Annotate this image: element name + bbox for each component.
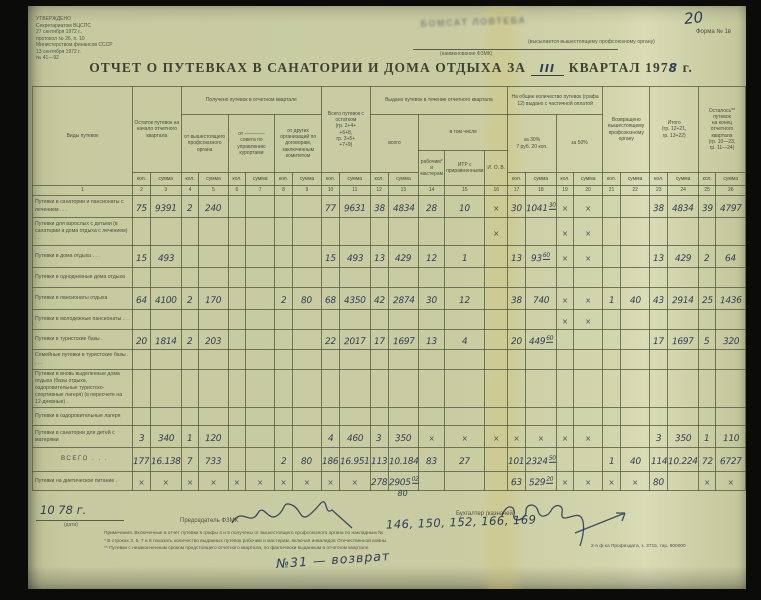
cell-col-25: 25 <box>698 288 715 310</box>
column-number: 8 <box>275 186 293 196</box>
cell-col-17: 13 <box>508 246 526 268</box>
cross-mark: × <box>352 478 358 487</box>
cross-mark: × <box>257 478 263 487</box>
cell-col-21 <box>603 196 621 218</box>
cross-mark: × <box>562 317 568 326</box>
column-number: 23 <box>650 186 668 196</box>
handwritten-value: 177 <box>133 456 149 466</box>
cell-col-2: 64 <box>133 288 151 310</box>
cell-col-3 <box>150 350 181 370</box>
cell-col-10: 186 <box>322 448 340 472</box>
cell-col-10 <box>322 218 340 246</box>
cell-col-3 <box>150 268 181 288</box>
cell-col-21 <box>603 246 621 268</box>
column-number: 24 <box>668 186 699 196</box>
cell-col-8 <box>275 218 293 246</box>
handwritten-value: 3 <box>139 434 145 444</box>
cell-col-17 <box>508 350 526 370</box>
cell-col-9: × <box>292 472 321 491</box>
column-number: 7 <box>246 186 275 196</box>
cell-col-25 <box>698 218 715 246</box>
cell-col-10: × <box>322 472 340 491</box>
cell-col-19 <box>556 350 573 370</box>
cell-col-5 <box>199 268 228 288</box>
cell-col-8 <box>275 426 293 448</box>
cell-col-7: × <box>246 472 275 491</box>
cell-col-11 <box>339 408 370 426</box>
cell-col-20: × <box>574 196 603 218</box>
cell-col-3 <box>150 310 181 330</box>
cell-col-12 <box>370 408 388 426</box>
cell-col-13: 429 <box>388 246 419 268</box>
cell-col-14 <box>419 310 445 330</box>
table-row: Путевки в однодневные дома отдыха <box>33 268 746 288</box>
header-itr: ИТР с приравненными <box>445 151 485 186</box>
cell-col-24 <box>668 268 699 288</box>
cell-col-22 <box>620 330 649 350</box>
cell-col-19 <box>556 448 573 472</box>
header-chastichnaya-oplata: На общее количество путевок (графа 12) в… <box>508 87 603 115</box>
cell-col-7 <box>246 370 275 408</box>
cell-col-18: 232450 <box>526 448 557 472</box>
cell-col-17: 63 <box>508 472 526 491</box>
cell-col-16 <box>485 330 508 350</box>
handwritten-value: 17 <box>653 336 664 346</box>
cross-mark: × <box>493 434 499 443</box>
cell-col-15 <box>445 472 485 491</box>
cell-col-23 <box>650 268 668 288</box>
handwritten-value: 13 <box>511 253 522 263</box>
header-ot-vyshestoyashchego: от вышестоящего профсоюзного органа <box>181 115 228 173</box>
handwritten-value: 170 <box>205 295 221 305</box>
unit-kol: кол. <box>228 173 246 186</box>
cell-col-11: 460 <box>339 426 370 448</box>
cell-col-14: × <box>419 426 445 448</box>
cell-col-8 <box>275 268 293 288</box>
cell-col-5 <box>199 246 228 268</box>
cell-col-8 <box>275 196 293 218</box>
cell-col-20: × <box>574 246 603 268</box>
cell-col-14 <box>419 472 445 491</box>
cell-col-20 <box>574 408 603 426</box>
cell-col-12: 17 <box>370 330 388 350</box>
cell-col-17: 38 <box>508 288 526 310</box>
cell-col-26 <box>716 218 746 246</box>
report-table: Виды путевок Остаток путевок на начало о… <box>32 86 746 491</box>
handwritten-value: 290502 <box>388 476 418 489</box>
cell-col-21 <box>603 408 621 426</box>
title-text-middle: КВАРТАЛ 197 <box>569 60 669 75</box>
cell-col-3 <box>150 218 181 246</box>
handwritten-value: 9360 <box>531 251 550 263</box>
cell-col-3: 4100 <box>150 288 181 310</box>
cell-col-26 <box>716 408 746 426</box>
cell-col-14 <box>419 268 445 288</box>
correction-note: 80 <box>397 489 407 498</box>
handwritten-value: 460 <box>347 433 363 443</box>
cell-col-11: 16.951 <box>339 448 370 472</box>
unit-summa: сумма <box>339 173 370 186</box>
cell-col-23: 43 <box>650 288 668 310</box>
cell-col-4 <box>181 218 199 246</box>
cell-col-18 <box>526 350 557 370</box>
cell-col-22 <box>620 310 649 330</box>
handwritten-value: 1 <box>462 253 468 263</box>
handwritten-value: 38 <box>653 203 664 213</box>
page-number: 20 <box>683 8 704 28</box>
cell-col-10 <box>322 350 340 370</box>
handwritten-value: 7 <box>187 457 193 467</box>
cell-col-16 <box>485 370 508 408</box>
column-number: 5 <box>199 186 228 196</box>
header-za-30: за 30% 7 руб. 20 коп. <box>508 115 557 173</box>
cell-col-15: 12 <box>445 288 485 310</box>
header-iov: И. О. В. <box>485 151 508 186</box>
handwritten-value: 20 <box>136 336 147 346</box>
cell-col-16 <box>485 472 508 491</box>
unit-kol: кол. <box>698 173 715 186</box>
cell-col-11: 9631 <box>339 196 370 218</box>
cell-col-5: 733 <box>199 448 228 472</box>
cross-mark: × <box>538 434 544 443</box>
cell-col-19: × <box>556 196 573 218</box>
cell-col-2 <box>133 268 151 288</box>
cell-col-25 <box>698 350 715 370</box>
cell-col-20 <box>574 350 603 370</box>
cell-col-3: 493 <box>150 246 181 268</box>
cell-col-21: 1 <box>603 288 621 310</box>
handwritten-value: 10 <box>459 203 470 213</box>
handwritten-arrow <box>571 506 633 541</box>
table-row: Путевки в санатории для детей с матерями… <box>33 426 746 448</box>
cell-col-9 <box>292 196 321 218</box>
cell-col-9 <box>292 330 321 350</box>
cell-col-9 <box>292 350 321 370</box>
footnote-primechaniya: Примечания. Включенные в отчет путевки в… <box>104 530 536 538</box>
table-header: Виды путевок Остаток путевок на начало о… <box>33 87 746 196</box>
form-number: Форма № 1в <box>696 29 731 35</box>
cell-col-20 <box>574 370 603 408</box>
cell-col-22: 40 <box>620 288 649 310</box>
handwritten-value: 13 <box>426 336 437 346</box>
handwritten-value: 104130 <box>526 201 556 214</box>
cross-mark: × <box>562 478 568 487</box>
handwritten-value: 2914 <box>672 295 694 305</box>
column-number: 1 <box>33 186 133 196</box>
cell-col-23 <box>650 218 668 246</box>
cell-col-14: 13 <box>419 330 445 350</box>
cell-col-20 <box>574 448 603 472</box>
cell-col-15 <box>445 350 485 370</box>
header-rabochim: рабочим* и мастерам <box>419 151 445 186</box>
cell-col-21 <box>603 350 621 370</box>
header-ot-soveta: от ———— совета по управлению курортами <box>228 115 275 173</box>
cell-col-19: × <box>556 426 573 448</box>
handwritten-value: 27 <box>459 456 470 466</box>
cell-col-21 <box>603 426 621 448</box>
handwritten-value: 28 <box>426 203 437 213</box>
handwritten-value: 232450 <box>526 454 556 467</box>
handwritten-value: 75 <box>136 203 147 213</box>
cell-col-5 <box>199 350 228 370</box>
cell-col-26: 320 <box>716 330 746 350</box>
cell-col-24 <box>668 370 699 408</box>
handwritten-value: 203 <box>205 336 221 346</box>
handwritten-value: 2 <box>281 295 287 305</box>
cell-col-4 <box>181 370 199 408</box>
cell-col-3: 9391 <box>150 196 181 218</box>
cell-col-25: 39 <box>698 196 715 218</box>
handwritten-value: 1 <box>704 434 710 444</box>
cell-col-13 <box>388 408 419 426</box>
cell-col-26: 64 <box>716 246 746 268</box>
unit-kol: кол. <box>322 173 340 186</box>
footnote-star: * В строках 3, 5, 7 и 8 показать количес… <box>104 538 536 546</box>
handwritten-value: 240 <box>205 203 221 213</box>
cell-col-24: 429 <box>668 246 699 268</box>
table-row: Путевки в пансионаты отдыха6441002170280… <box>33 288 746 310</box>
table-row: Путевки в оздоровительные лагеря <box>33 408 746 426</box>
cell-col-19: × <box>556 472 573 491</box>
cell-col-20: × <box>574 288 603 310</box>
handwritten-value: 4350 <box>344 295 366 305</box>
handwritten-value: 80 <box>301 295 312 305</box>
cell-col-6 <box>228 370 246 408</box>
cell-col-26: 1436 <box>716 288 746 310</box>
cell-col-7 <box>246 350 275 370</box>
cell-col-16 <box>485 408 508 426</box>
title-text-after: г. <box>683 60 693 75</box>
cell-col-11 <box>339 268 370 288</box>
cell-col-18: 44960 <box>526 330 557 350</box>
cell-col-9 <box>292 268 321 288</box>
cell-col-10: 77 <box>322 196 340 218</box>
handwritten-value: 64 <box>136 295 147 305</box>
cell-col-15 <box>445 408 485 426</box>
cell-col-23: 3 <box>650 426 668 448</box>
cell-col-16 <box>485 288 508 310</box>
unit-kol: кол. <box>650 173 668 186</box>
row-label: Путевки в туристские базы . <box>33 330 133 350</box>
cell-col-17 <box>508 218 526 246</box>
cell-col-4 <box>181 246 199 268</box>
cell-col-4 <box>181 268 199 288</box>
table-row: Путевки на диетическое питание .××××××××… <box>33 472 746 491</box>
cell-col-14: 83 <box>419 448 445 472</box>
cell-col-16 <box>485 448 508 472</box>
cell-col-19 <box>556 408 573 426</box>
cell-col-21: 1 <box>603 448 621 472</box>
handwritten-value: 110 <box>722 433 738 443</box>
handwritten-value: 429 <box>675 253 691 263</box>
footnotes-block: Примечания. Включенные в отчет путевки в… <box>104 530 536 553</box>
cell-col-3: × <box>150 472 181 491</box>
cell-col-25: 2 <box>698 246 715 268</box>
cell-col-6 <box>228 196 246 218</box>
cell-col-14: 12 <box>419 246 445 268</box>
cell-col-19: × <box>556 310 573 330</box>
cell-col-9 <box>292 218 321 246</box>
cell-col-7 <box>246 330 275 350</box>
cell-col-7 <box>246 408 275 426</box>
cell-col-24: 4834 <box>668 196 699 218</box>
cell-col-23 <box>650 310 668 330</box>
cell-col-5 <box>199 408 228 426</box>
handwritten-value: 740 <box>533 295 549 305</box>
cell-col-10 <box>322 408 340 426</box>
cross-mark: × <box>728 478 734 487</box>
column-number: 2 <box>133 186 151 196</box>
cell-col-5: 203 <box>199 330 228 350</box>
cross-mark: × <box>562 204 568 213</box>
table-row: Путевки в вновь выделенные дома отдыха (… <box>33 370 746 408</box>
cell-col-14: 28 <box>419 196 445 218</box>
column-number: 10 <box>322 186 340 196</box>
handwritten-value: 52920 <box>529 476 554 488</box>
cell-col-22 <box>620 370 649 408</box>
handwritten-value: 43 <box>653 295 664 305</box>
row-label: Путевки в однодневные дома отдыха <box>33 268 133 288</box>
cell-col-14 <box>419 370 445 408</box>
cell-col-13: 4834 <box>388 196 419 218</box>
cell-col-8: 2 <box>275 448 293 472</box>
cell-col-18 <box>526 310 557 330</box>
cell-col-21 <box>603 370 621 408</box>
cell-col-4: × <box>181 472 199 491</box>
cross-mark: × <box>562 434 568 443</box>
handwritten-value: 10.184 <box>389 456 419 467</box>
row-label: Путевки в молодежные пансионаты . . . <box>33 310 133 330</box>
cross-mark: × <box>562 296 568 305</box>
cell-col-11: 2017 <box>339 330 370 350</box>
handwritten-value: 1436 <box>720 295 742 305</box>
cell-col-15: 27 <box>445 448 485 472</box>
cell-col-25 <box>698 310 715 330</box>
row-label: Путевки для взрослых с детьми (в санатор… <box>33 218 133 246</box>
cell-col-15: 4 <box>445 330 485 350</box>
cross-mark: × <box>585 296 591 305</box>
column-number: 15 <box>445 186 485 196</box>
handwritten-value: 2 <box>187 203 193 213</box>
cell-col-9: 80 <box>292 448 321 472</box>
handwritten-value: 16.138 <box>151 456 181 467</box>
header-vydano-vsego: всего <box>370 115 419 173</box>
cell-col-5: 240 <box>199 196 228 218</box>
column-number: 25 <box>698 186 715 196</box>
handwritten-value: 38 <box>374 203 385 213</box>
cell-col-2 <box>133 370 151 408</box>
cell-col-26: 4797 <box>716 196 746 218</box>
cell-col-9 <box>292 246 321 268</box>
cell-col-22: × <box>620 472 649 491</box>
cell-col-17: 20 <box>508 330 526 350</box>
handwritten-value: 15 <box>136 253 147 263</box>
cell-col-8 <box>275 350 293 370</box>
cell-col-26 <box>716 370 746 408</box>
cell-col-25: × <box>698 472 715 491</box>
table-row: Путевки для взрослых с детьми (в санатор… <box>33 218 746 246</box>
cell-col-9 <box>292 370 321 408</box>
handwritten-value: 320 <box>722 336 738 346</box>
handwritten-value: 42 <box>374 295 385 305</box>
header-itogo: Итого (гр. 12+21, гр. 13+22) <box>650 87 699 173</box>
cell-col-26 <box>716 350 746 370</box>
cell-col-16 <box>485 310 508 330</box>
form-note: (высылается вышестоящему профсоюзному ор… <box>528 39 655 45</box>
column-number: 21 <box>603 186 621 196</box>
handwritten-value: 13 <box>653 253 664 263</box>
cell-col-22 <box>620 426 649 448</box>
unit-summa: сумма <box>150 173 181 186</box>
cell-col-7 <box>246 196 275 218</box>
cell-col-3 <box>150 370 181 408</box>
cell-col-4: 7 <box>181 448 199 472</box>
row-label: Путевки в оздоровительные лагеря <box>33 408 133 426</box>
cell-col-13: 2874 <box>388 288 419 310</box>
unit-summa: сумма <box>526 173 557 186</box>
cross-mark: × <box>304 478 310 487</box>
header-polucheno: Получено путевок в отчетном квартале <box>181 87 321 115</box>
cross-mark: × <box>493 229 499 238</box>
cell-col-8 <box>275 310 293 330</box>
cell-col-21 <box>603 310 621 330</box>
column-number: 20 <box>574 186 603 196</box>
table-row: Семейные путевки в туристские базы . . .… <box>33 350 746 370</box>
cell-col-13: 1697 <box>388 330 419 350</box>
cross-mark: × <box>138 478 144 487</box>
header-ostalos: Осталось** путевок на конец отчетного кв… <box>698 87 745 173</box>
cell-col-18: 104130 <box>526 196 557 218</box>
handwritten-value: 1697 <box>392 336 414 346</box>
column-number: 4 <box>181 186 199 196</box>
cell-col-23 <box>650 370 668 408</box>
cross-mark: × <box>562 229 568 238</box>
cross-mark: × <box>513 434 519 443</box>
handwritten-value: 80 <box>301 456 312 466</box>
cell-col-10: 68 <box>322 288 340 310</box>
column-number: 22 <box>620 186 649 196</box>
cell-col-24: 350 <box>668 426 699 448</box>
cell-col-2: 3 <box>133 426 151 448</box>
cell-col-13: 10.184 <box>388 448 419 472</box>
handwritten-value: 1 <box>609 457 615 467</box>
cell-col-9 <box>292 310 321 330</box>
cell-col-6 <box>228 448 246 472</box>
cell-col-7 <box>246 218 275 246</box>
handwritten-value: 16.951 <box>340 456 370 467</box>
cell-col-23: 38 <box>650 196 668 218</box>
handwritten-value: 3 <box>656 434 662 444</box>
handwritten-value: 13 <box>374 253 385 263</box>
cell-col-4: 1 <box>181 426 199 448</box>
cell-col-11 <box>339 218 370 246</box>
row-label: Путевки в санатории для детей с матерями <box>33 426 133 448</box>
cell-col-3: 340 <box>150 426 181 448</box>
handwritten-value: 350 <box>395 433 411 443</box>
cell-col-21 <box>603 268 621 288</box>
cell-col-16 <box>485 246 508 268</box>
handwritten-value: 44960 <box>529 334 554 346</box>
cross-mark: × <box>462 434 468 443</box>
cell-col-9 <box>292 426 321 448</box>
handwritten-value: 1814 <box>155 336 177 346</box>
cell-col-14 <box>419 218 445 246</box>
cell-col-17 <box>508 408 526 426</box>
cell-col-7 <box>246 426 275 448</box>
handwritten-value: 1 <box>187 434 193 444</box>
handwritten-value: 4834 <box>672 203 694 213</box>
cell-col-17 <box>508 268 526 288</box>
